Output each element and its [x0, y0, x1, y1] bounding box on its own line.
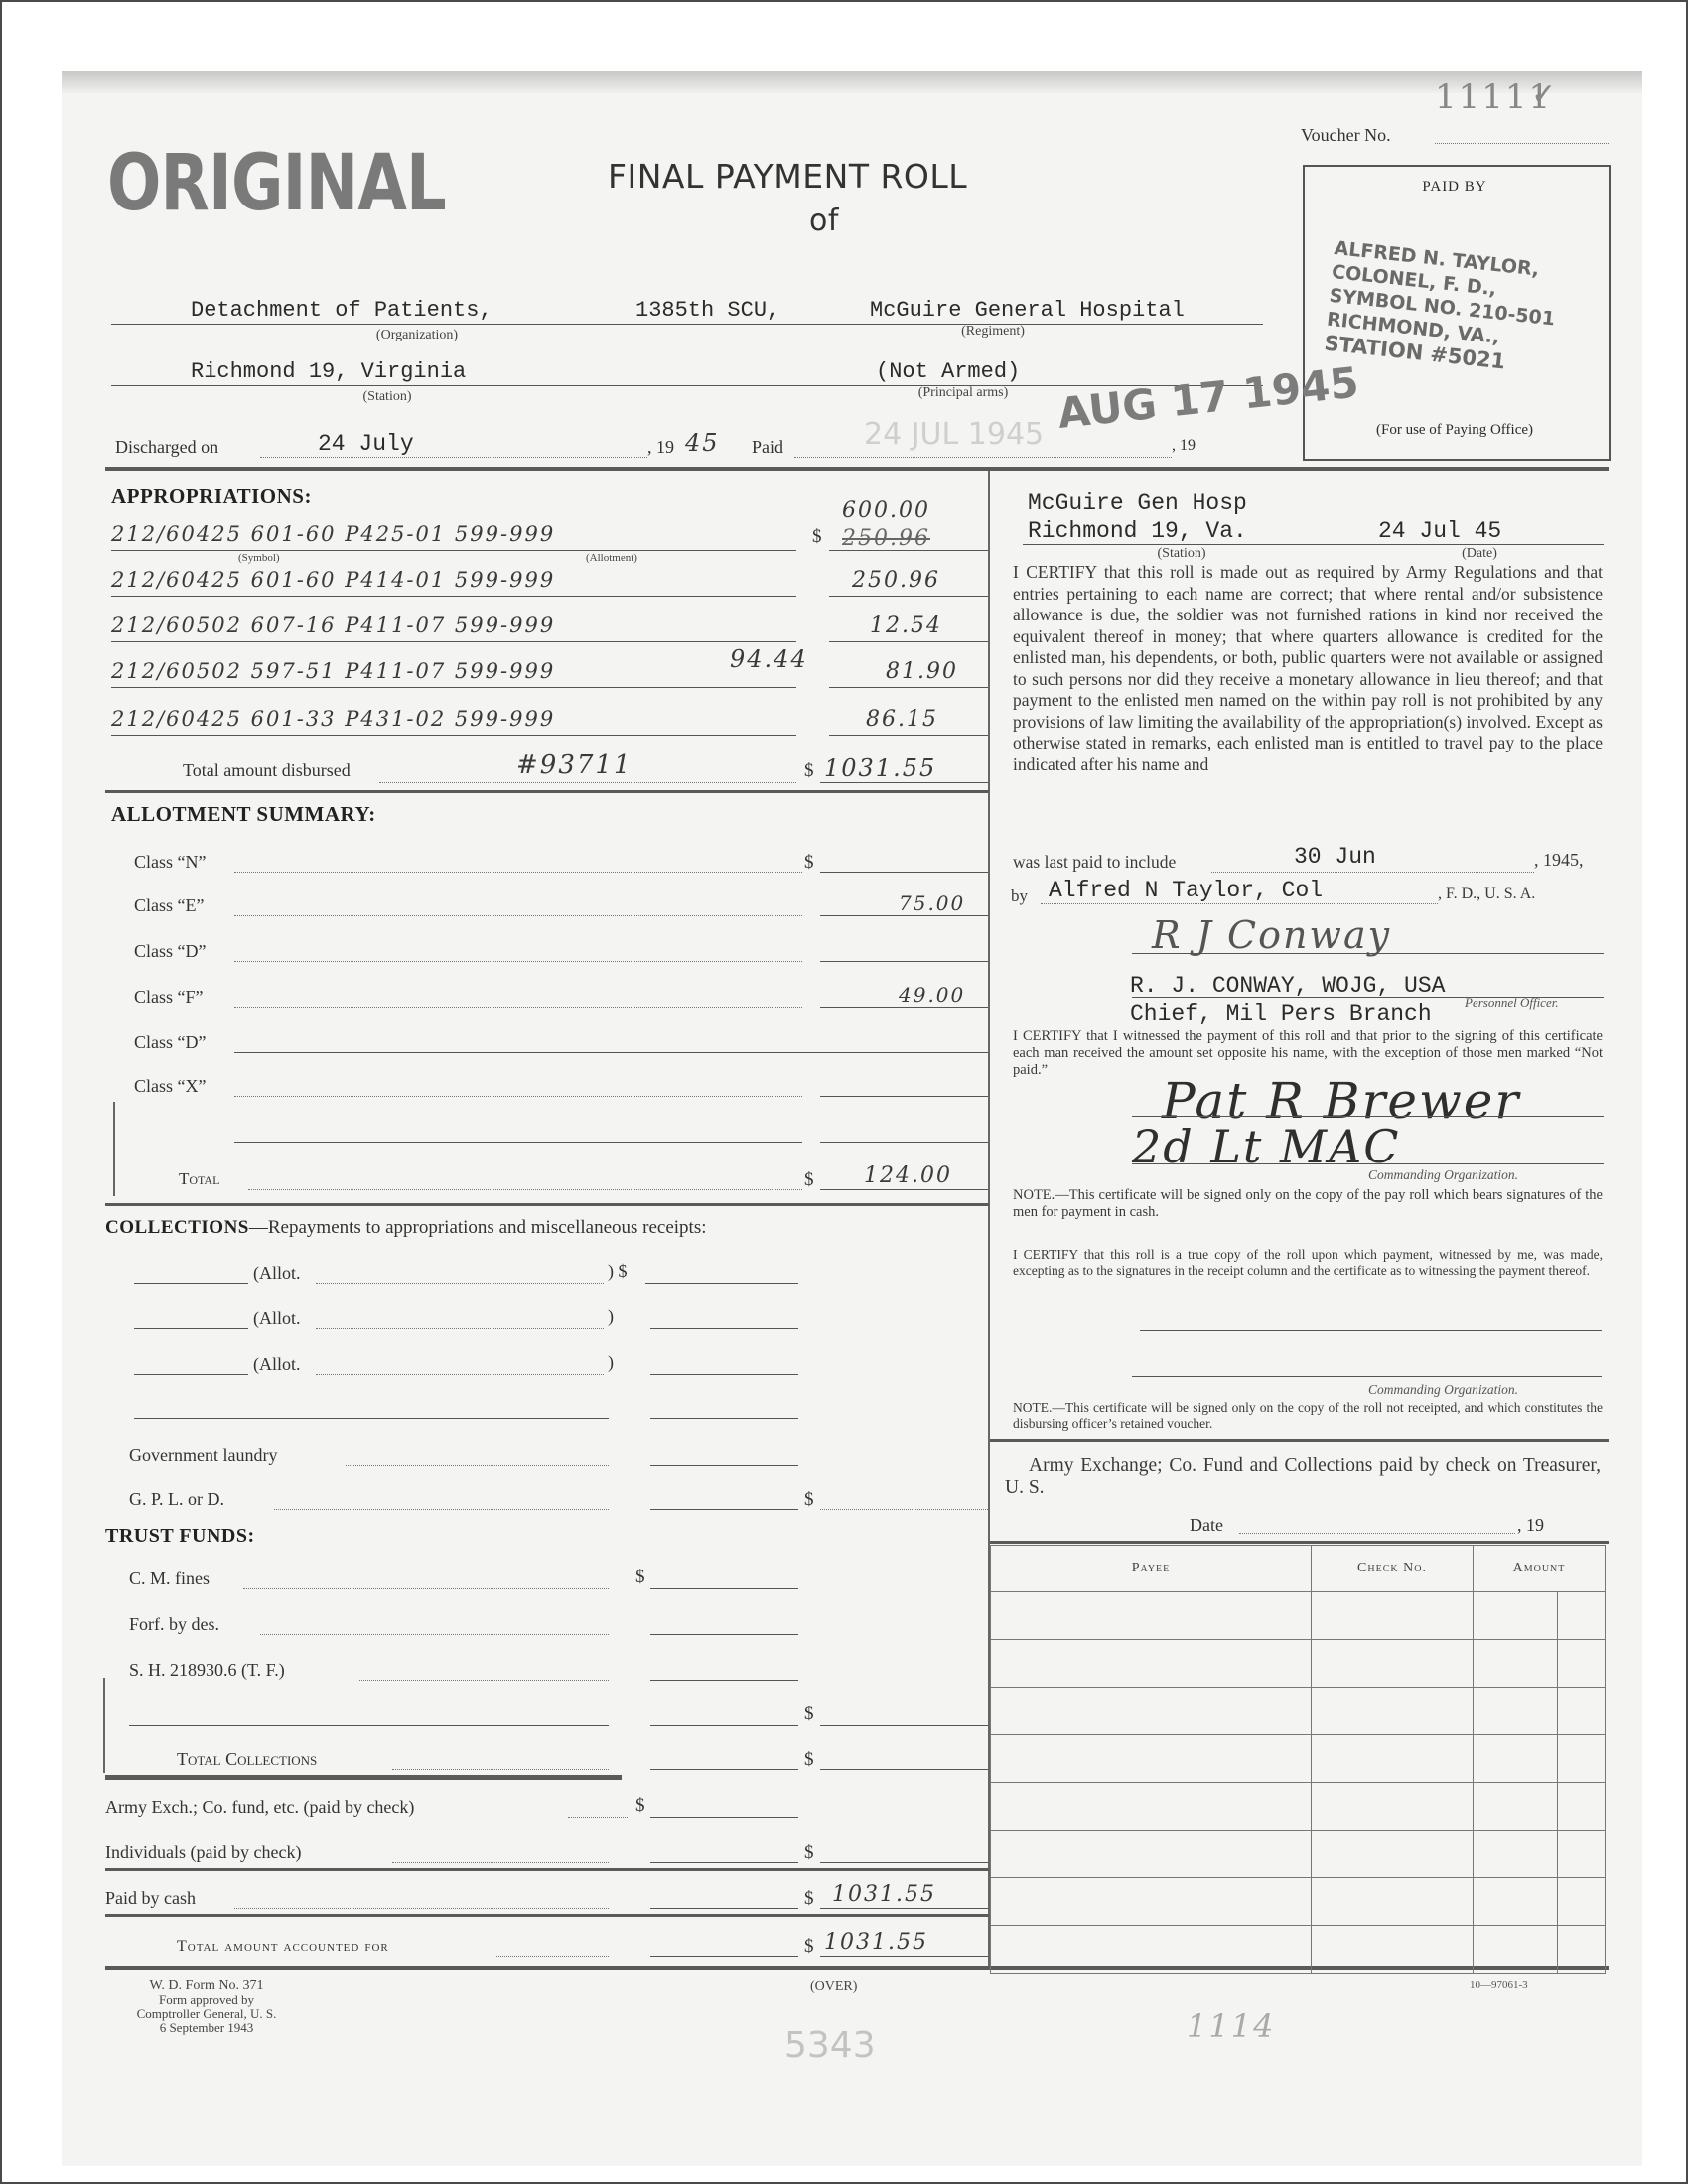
- amount-line: [829, 687, 988, 688]
- title-of: of: [809, 204, 839, 238]
- amount-line: [820, 1956, 988, 1957]
- voucher-label: Voucher No.: [1301, 125, 1391, 146]
- paying-officer-stamp: ALFRED N. TAYLOR, COLONEL, F. D., SYMBOL…: [1323, 236, 1561, 378]
- appropriation-line: [111, 550, 796, 551]
- dollar-sign: $: [804, 1749, 814, 1771]
- appropriation-amount[interactable]: 86.15: [866, 707, 938, 732]
- paid-by-title: PAID BY: [1303, 179, 1607, 196]
- principal-arms-value[interactable]: (Not Armed): [876, 359, 1020, 384]
- appropriation-amount[interactable]: 250.96: [852, 568, 940, 593]
- check-no-cell[interactable]: [1312, 1735, 1474, 1783]
- last-paid-line: [1211, 872, 1534, 873]
- total-collections-subamount[interactable]: [650, 1769, 798, 1770]
- amount-line: [820, 782, 988, 783]
- extra-class-amount[interactable]: [820, 1142, 988, 1143]
- check-no-cell[interactable]: [1312, 1592, 1474, 1640]
- organization-caption: (Organization): [338, 328, 496, 343]
- dollar-sign: $: [804, 1936, 814, 1958]
- gpl-amount[interactable]: [820, 1509, 988, 1510]
- amount-cents-cell[interactable]: [1558, 1878, 1606, 1926]
- allot-close: ) $: [608, 1261, 628, 1282]
- over-label: (OVER): [810, 1979, 857, 1995]
- discharged-year[interactable]: 45: [685, 429, 720, 457]
- organization-value[interactable]: Detachment of Patients,: [191, 298, 492, 323]
- total-collections-amount[interactable]: [820, 1769, 988, 1770]
- organization-line: [111, 324, 1263, 325]
- appropriation-margin-note: 94.44: [730, 645, 808, 673]
- bracket-line: [113, 1102, 115, 1196]
- check-no-cell[interactable]: [1312, 1878, 1474, 1926]
- original-stamp: ORIGINAL: [107, 139, 446, 228]
- class-d2-line: [234, 1052, 988, 1053]
- collection-extra-field[interactable]: [134, 1418, 609, 1419]
- allot-close: ): [608, 1352, 614, 1373]
- check-no-cell[interactable]: [1312, 1831, 1474, 1878]
- dollar-sign: $: [804, 852, 814, 874]
- header-divider: [105, 467, 1609, 471]
- appropriation-line: [111, 735, 796, 736]
- allot-label: (Allot.: [253, 1308, 301, 1329]
- check-mark-icon: ✓: [1531, 77, 1556, 112]
- cert-station-line2[interactable]: Richmond 19, Va.: [1028, 518, 1247, 544]
- allot-label: (Allot.: [253, 1263, 301, 1284]
- dollar-sign: $: [804, 1843, 814, 1864]
- class-f-label: Class “F”: [134, 987, 204, 1008]
- appropriation-line: [111, 596, 796, 597]
- form-info: W. D. Form No. 371 Form approved by Comp…: [107, 1979, 306, 2035]
- payee-column-header: Payee: [991, 1546, 1312, 1592]
- gpl-line: [274, 1509, 609, 1510]
- dollar-sign: $: [804, 1169, 814, 1191]
- payee-cell[interactable]: [991, 1592, 1312, 1640]
- individuals-amount[interactable]: [820, 1862, 988, 1863]
- commanding-caption: Commanding Organization.: [1368, 1167, 1518, 1183]
- payee-row: [991, 1783, 1606, 1831]
- by-label: by: [1011, 886, 1028, 907]
- note-text: NOTE.—This certificate will be signed on…: [1013, 1400, 1603, 1432]
- last-paid-year: , 1945,: [1534, 850, 1584, 872]
- amount-line: [820, 915, 988, 916]
- amount-cents-cell[interactable]: [1558, 1831, 1606, 1878]
- by-line: [1041, 903, 1438, 904]
- amount-line: [829, 735, 988, 736]
- amount-dollars-cell[interactable]: [1474, 1592, 1558, 1640]
- print-code: 10—97061-3: [1470, 1979, 1528, 1991]
- allot-amount[interactable]: [645, 1283, 798, 1284]
- amount-cents-cell[interactable]: [1558, 1640, 1606, 1688]
- payee-row: [991, 1878, 1606, 1926]
- allot-field[interactable]: [316, 1328, 604, 1329]
- cert-station-line: [1023, 544, 1604, 545]
- cert-date-caption: (Date): [1440, 546, 1519, 562]
- collection-row-field[interactable]: [134, 1328, 248, 1329]
- amount-dollars-cell[interactable]: [1474, 1783, 1558, 1831]
- discharged-date[interactable]: 24 July: [318, 431, 414, 457]
- section-divider: [105, 1203, 989, 1206]
- class-e-label: Class “E”: [134, 895, 204, 916]
- amount-line: [820, 1007, 988, 1008]
- exchange-date-suffix: , 19: [1517, 1515, 1544, 1536]
- exchange-date-field[interactable]: [1239, 1533, 1515, 1534]
- voucher-number-field[interactable]: [1435, 143, 1609, 144]
- collections-heading: COLLECTIONS—Repayments to appropriations…: [105, 1217, 707, 1239]
- trust-extra-amount[interactable]: [820, 1725, 988, 1726]
- cert-date[interactable]: 24 Jul 45: [1378, 518, 1501, 544]
- payee-row: [991, 1688, 1606, 1735]
- cert-station-caption: (Station): [1132, 546, 1231, 562]
- discharged-line: [260, 457, 647, 458]
- paid-by-cash-line: [234, 1908, 609, 1909]
- class-x-amount[interactable]: [820, 1096, 988, 1097]
- check-no-cell[interactable]: [1312, 1926, 1474, 1974]
- individuals-line: [392, 1862, 609, 1863]
- personnel-officer-caption: Personnel Officer.: [1465, 995, 1559, 1011]
- dollar-sign: $: [804, 1704, 814, 1725]
- amount-dollars-cell[interactable]: [1474, 1735, 1558, 1783]
- amount-cents-cell[interactable]: [1558, 1926, 1606, 1974]
- payee-row: [991, 1735, 1606, 1783]
- paid-date-faint-stamp: 24 JUL 1945: [864, 417, 1044, 452]
- forf-amount[interactable]: [650, 1634, 798, 1635]
- paid-by-cash-subamount[interactable]: [650, 1908, 798, 1909]
- check-no-cell[interactable]: [1312, 1783, 1474, 1831]
- amount-dollars-cell[interactable]: [1474, 1688, 1558, 1735]
- discharged-year-prefix: , 19: [647, 437, 674, 458]
- by-value[interactable]: Alfred N Taylor, Col: [1049, 878, 1323, 903]
- paid-by-footer: (For use of Paying Office): [1303, 422, 1607, 439]
- class-n-label: Class “N”: [134, 852, 206, 873]
- amount-line: [829, 641, 988, 642]
- paid-label: Paid: [752, 437, 783, 458]
- paid-date-line[interactable]: [794, 457, 1172, 458]
- paid-by-cash-amount[interactable]: 1031.55: [832, 1882, 936, 1907]
- check-no-cell[interactable]: [1312, 1688, 1474, 1735]
- allot-amount[interactable]: [650, 1374, 798, 1375]
- individuals-label: Individuals (paid by check): [105, 1843, 301, 1863]
- amount-line: [829, 550, 988, 551]
- appropriation-code[interactable]: 212/60425 601-60 P425-01 599-999: [111, 522, 555, 546]
- amount-cents-cell[interactable]: [1558, 1735, 1606, 1783]
- amount-cents-cell[interactable]: [1558, 1592, 1606, 1640]
- total-accounted-subamount[interactable]: [650, 1956, 798, 1957]
- witness-rank: 2d Lt MAC: [1132, 1120, 1401, 1173]
- total-disbursed-label: Total amount disbursed: [183, 760, 351, 781]
- handwritten-footer-note: 1114: [1187, 2007, 1275, 2045]
- extra-class-line: [234, 1142, 802, 1143]
- class-d-label: Class “D”: [134, 941, 206, 962]
- class-f-line: [234, 1007, 802, 1008]
- signature-line: [1132, 953, 1604, 954]
- class-d-line: [234, 961, 802, 962]
- appropriation-code[interactable]: 212/60502 597-51 P411-07 599-999: [111, 659, 555, 683]
- appropriation-code[interactable]: 212/60425 601-60 P414-01 599-999: [111, 568, 555, 592]
- dollar-sign: $: [804, 1489, 814, 1511]
- station-caption: (Station): [328, 389, 447, 405]
- dollar-sign: $: [812, 526, 822, 548]
- sh-amount[interactable]: [650, 1680, 798, 1681]
- amount-cents-cell[interactable]: [1558, 1688, 1606, 1735]
- paid-by-cash-label: Paid by cash: [105, 1888, 196, 1909]
- payee-row: [991, 1640, 1606, 1688]
- sh-label: S. H. 218930.6 (T. F.): [129, 1660, 285, 1681]
- collection-row-field[interactable]: [134, 1283, 248, 1284]
- discharged-label: Discharged on: [115, 437, 218, 458]
- appropriation-line: [111, 687, 796, 688]
- dollar-sign: $: [804, 1888, 814, 1910]
- allot-close: ): [608, 1306, 614, 1327]
- cert-station-line1[interactable]: McGuire Gen Hosp: [1028, 490, 1247, 516]
- class-n-amount[interactable]: [820, 872, 988, 873]
- personnel-officer-signature: R J Conway: [1152, 913, 1391, 957]
- amount-cents-cell[interactable]: [1558, 1783, 1606, 1831]
- payee-cell[interactable]: [991, 1688, 1312, 1735]
- total-disbursed-note: #93711: [516, 751, 633, 780]
- payee-row: [991, 1592, 1606, 1640]
- gpl-label: G. P. L. or D.: [129, 1489, 224, 1510]
- commanding-caption: Commanding Organization.: [1368, 1382, 1518, 1398]
- allotment-total-line: [248, 1189, 802, 1190]
- dollar-sign: $: [635, 1567, 645, 1588]
- amount-column-header: Amount: [1474, 1546, 1606, 1592]
- symbol-caption: (Symbol): [238, 552, 280, 564]
- total-accounted-line: [496, 1956, 609, 1957]
- individuals-subamount[interactable]: [650, 1862, 798, 1863]
- section-divider: [990, 1439, 1609, 1442]
- amount-dollars-cell[interactable]: [1474, 1831, 1558, 1878]
- payee-row: [991, 1831, 1606, 1878]
- officer-title[interactable]: Chief, Mil Pers Branch: [1130, 1001, 1432, 1026]
- dollar-sign: $: [635, 1795, 645, 1817]
- cm-fines-line: [243, 1588, 609, 1589]
- class-x-line: [234, 1096, 802, 1097]
- paid-year-suffix: , 19: [1172, 437, 1196, 455]
- unit-value[interactable]: 1385th SCU,: [635, 298, 779, 323]
- class-e-line: [234, 915, 802, 916]
- amount-line: [820, 1908, 988, 1909]
- payee-cell[interactable]: [991, 1783, 1312, 1831]
- trust-funds-heading: TRUST FUNDS:: [105, 1525, 255, 1548]
- dollar-sign: $: [804, 760, 814, 782]
- payee-cell[interactable]: [991, 1640, 1312, 1688]
- payee-cell[interactable]: [991, 1831, 1312, 1878]
- class-x-label: Class “X”: [134, 1076, 206, 1097]
- true-copy-text: I CERTIFY that this roll is a true copy …: [1013, 1247, 1603, 1279]
- amount-dollars-cell[interactable]: [1474, 1878, 1558, 1926]
- payee-cell[interactable]: [991, 1926, 1312, 1974]
- station-value[interactable]: Richmond 19, Virginia: [191, 359, 466, 384]
- allot-label: (Allot.: [253, 1354, 301, 1375]
- payee-cell[interactable]: [991, 1878, 1312, 1926]
- officer-name[interactable]: R. J. CONWAY, WOJG, USA: [1130, 973, 1445, 999]
- collection-extra-amount[interactable]: [650, 1418, 798, 1419]
- section-divider: [990, 1541, 1609, 1544]
- section-divider: [105, 1914, 989, 1917]
- regiment-caption: (Regiment): [923, 324, 1062, 340]
- army-exch-amount[interactable]: [650, 1817, 798, 1818]
- class-n-line: [234, 872, 802, 873]
- section-divider: [105, 790, 989, 793]
- total-disbursed-amount[interactable]: 1031.55: [824, 754, 936, 782]
- section-divider: [105, 1868, 989, 1871]
- class-e-amount[interactable]: 75.00: [899, 891, 965, 915]
- forf-label: Forf. by des.: [129, 1614, 219, 1635]
- allot-amount[interactable]: [650, 1328, 798, 1329]
- army-exch-line: [568, 1817, 628, 1818]
- document-title: FINAL PAYMENT ROLL: [608, 157, 967, 196]
- total-accounted-label: Total amount accounted for: [177, 1938, 389, 1956]
- amount-dollars-cell[interactable]: [1474, 1926, 1558, 1974]
- appropriation-amount[interactable]: 81.90: [886, 659, 958, 684]
- sh-line: [359, 1680, 609, 1681]
- principal-arms-caption: (Principal arms): [884, 385, 1043, 401]
- appropriations-heading: APPROPRIATIONS:: [111, 484, 312, 509]
- amount-dollars-cell[interactable]: [1474, 1640, 1558, 1688]
- scan-edge: [62, 71, 1642, 93]
- allotment-caption: (Allotment): [586, 552, 637, 564]
- class-f-amount[interactable]: 49.00: [899, 983, 965, 1007]
- last-paid-date[interactable]: 30 Jun: [1294, 844, 1376, 870]
- signature-line[interactable]: [1132, 1376, 1602, 1377]
- by-suffix: , F. D., U. S. A.: [1438, 884, 1535, 905]
- section-divider: [105, 1775, 622, 1780]
- army-exch-label: Army Exch.; Co. fund, etc. (paid by chec…: [105, 1797, 414, 1818]
- appropriation-amount[interactable]: 12.54: [870, 614, 942, 638]
- signature-line[interactable]: [1140, 1330, 1602, 1331]
- payee-row: [991, 1926, 1606, 1974]
- total-collections-line: [392, 1769, 609, 1770]
- amount-line: [829, 596, 988, 597]
- class-d2-label: Class “D”: [134, 1032, 206, 1053]
- total-accounted-amount[interactable]: 1031.55: [824, 1930, 928, 1955]
- signature-line: [1132, 1116, 1604, 1117]
- class-d-amount[interactable]: [820, 961, 988, 962]
- allotment-total-label: Total: [179, 1169, 219, 1189]
- government-laundry-label: Government laundry: [129, 1445, 277, 1466]
- regiment-value[interactable]: McGuire General Hospital: [870, 298, 1185, 323]
- note-text: NOTE.—This certificate will be signed on…: [1013, 1187, 1603, 1221]
- check-no-cell[interactable]: [1312, 1640, 1474, 1688]
- total-collections-label: Total Collections: [177, 1749, 317, 1770]
- payee-cell[interactable]: [991, 1735, 1312, 1783]
- cm-fines-label: C. M. fines: [129, 1569, 210, 1589]
- total-disbursed-line: [379, 782, 796, 783]
- certification-text: I CERTIFY that this roll is made out as …: [1013, 562, 1603, 775]
- bracket-line: [103, 1678, 105, 1773]
- last-paid-label: was last paid to include: [1013, 852, 1176, 874]
- stamp-number: 5343: [784, 2025, 876, 2066]
- government-laundry-amount[interactable]: [650, 1465, 798, 1466]
- allotment-total-amount[interactable]: 124.00: [864, 1163, 952, 1188]
- allotment-summary-heading: ALLOTMENT SUMMARY:: [111, 802, 376, 827]
- check-no-column-header: Check No.: [1312, 1546, 1474, 1592]
- payee-table: Payee Check No. Amount: [990, 1545, 1606, 1974]
- appropriation-code[interactable]: 212/60502 607-16 P411-07 599-999: [111, 614, 555, 637]
- trust-extra-field[interactable]: [129, 1725, 609, 1726]
- appropriation-amount[interactable]: 600.00: [842, 498, 930, 523]
- trust-extra-subamount[interactable]: [650, 1725, 798, 1726]
- government-laundry-line: [346, 1465, 609, 1466]
- allot-field[interactable]: [316, 1283, 604, 1284]
- collection-row-field[interactable]: [134, 1374, 248, 1375]
- signature-line: [1132, 1163, 1604, 1164]
- amount-line: [820, 1189, 988, 1190]
- gpl-subamount[interactable]: [650, 1509, 798, 1510]
- appropriation-code[interactable]: 212/60425 601-33 P431-02 599-999: [111, 707, 555, 731]
- exchange-text: Army Exchange; Co. Fund and Collections …: [1005, 1455, 1601, 1499]
- cm-fines-amount[interactable]: [650, 1588, 798, 1589]
- forf-line: [260, 1634, 609, 1635]
- allot-field[interactable]: [316, 1374, 604, 1375]
- exchange-date-label: Date: [1190, 1515, 1223, 1536]
- appropriation-struck-amount: 250.96: [842, 526, 930, 551]
- appropriation-line: [111, 641, 796, 642]
